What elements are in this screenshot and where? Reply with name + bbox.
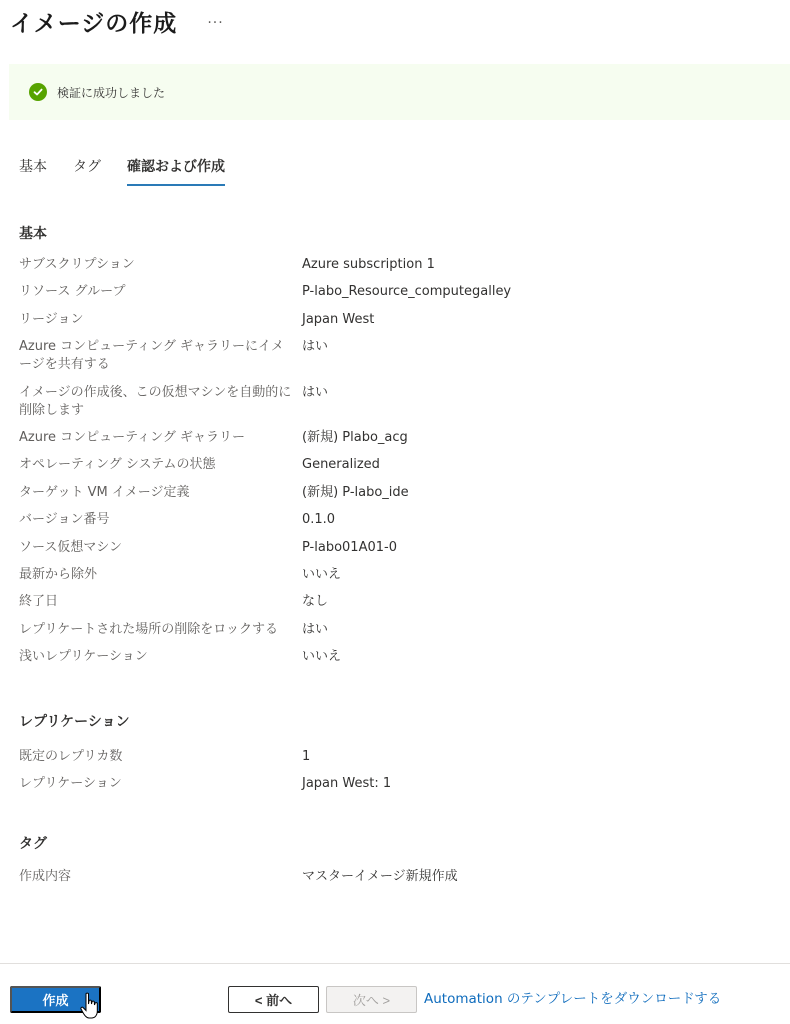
row-label: 終了日: [19, 593, 302, 611]
row-label: リソース グループ: [19, 283, 302, 301]
next-button[interactable]: 次へ >: [326, 986, 417, 1013]
summary-row: リソース グループP-labo_Resource_computegalley: [19, 283, 779, 301]
row-label: 既定のレプリカ数: [19, 748, 302, 766]
summary-row: オペレーティング システムの状態Generalized: [19, 456, 779, 474]
row-value: Japan West: 1: [302, 775, 391, 793]
validation-message: 検証に成功しました: [57, 84, 165, 101]
row-label: Azure コンピューティング ギャラリーにイメージを共有する: [19, 338, 302, 374]
row-value: P-labo_Resource_computegalley: [302, 283, 511, 301]
row-value: いいえ: [302, 566, 341, 584]
row-value: はい: [302, 384, 328, 420]
summary-row: Azure コンピューティング ギャラリー(新規) Plabo_acg: [19, 429, 779, 447]
summary-row: 浅いレプリケーションいいえ: [19, 648, 779, 666]
summary-row: 作成内容マスターイメージ新規作成: [19, 868, 779, 886]
title-row: イメージの作成 ···: [10, 4, 224, 38]
replication-summary: 既定のレプリカ数1 レプリケーションJapan West: 1: [19, 748, 779, 803]
row-label: オペレーティング システムの状態: [19, 456, 302, 474]
summary-row: 最新から除外いいえ: [19, 566, 779, 584]
row-label: イメージの作成後、この仮想マシンを自動的に削除します: [19, 384, 302, 420]
row-label: バージョン番号: [19, 511, 302, 529]
summary-row: Azure コンピューティング ギャラリーにイメージを共有するはい: [19, 338, 779, 374]
row-label: 浅いレプリケーション: [19, 648, 302, 666]
row-label: レプリケーション: [19, 775, 302, 793]
row-value: 0.1.0: [302, 511, 335, 529]
section-title-replication: レプリケーション: [19, 711, 130, 731]
row-value: 1: [302, 748, 310, 766]
summary-row: レプリケートされた場所の削除をロックするはい: [19, 621, 779, 639]
row-label: Azure コンピューティング ギャラリー: [19, 429, 302, 447]
download-template-link[interactable]: Automation のテンプレートをダウンロードする: [424, 987, 721, 1007]
row-value: いいえ: [302, 648, 341, 666]
tab-review-create[interactable]: 確認および作成: [127, 152, 225, 186]
row-label: 作成内容: [19, 868, 302, 886]
row-value: (新規) P-labo_ide: [302, 484, 409, 502]
row-label: ソース仮想マシン: [19, 539, 302, 557]
summary-row: 終了日なし: [19, 593, 779, 611]
row-value: P-labo01A01-0: [302, 539, 397, 557]
row-value: Azure subscription 1: [302, 256, 435, 274]
tab-bar: 基本 タグ 確認および作成: [19, 152, 251, 186]
tab-basic[interactable]: 基本: [19, 152, 47, 186]
check-circle-icon: [29, 83, 47, 101]
row-value: はい: [302, 338, 328, 374]
create-image-page: イメージの作成 ··· 検証に成功しました 基本 タグ 確認および作成 基本 サ…: [0, 0, 790, 1024]
summary-row: リージョンJapan West: [19, 311, 779, 329]
tags-summary: 作成内容マスターイメージ新規作成: [19, 868, 779, 895]
row-value: はい: [302, 621, 328, 639]
summary-row: バージョン番号0.1.0: [19, 511, 779, 529]
summary-row: サブスクリプションAzure subscription 1: [19, 256, 779, 274]
row-label: サブスクリプション: [19, 256, 302, 274]
summary-row: レプリケーションJapan West: 1: [19, 775, 779, 793]
section-title-tags: タグ: [19, 833, 47, 853]
row-value: Japan West: [302, 311, 374, 329]
validation-banner: 検証に成功しました: [9, 64, 790, 120]
previous-button[interactable]: < 前へ: [228, 986, 319, 1013]
page-title: イメージの作成: [10, 5, 177, 38]
summary-row: イメージの作成後、この仮想マシンを自動的に削除しますはい: [19, 384, 779, 420]
footer-divider: [0, 963, 790, 964]
more-options-icon[interactable]: ···: [207, 15, 223, 31]
row-value: (新規) Plabo_acg: [302, 429, 408, 447]
summary-row: 既定のレプリカ数1: [19, 748, 779, 766]
basic-summary: サブスクリプションAzure subscription 1 リソース グループP…: [19, 256, 779, 675]
tab-tags[interactable]: タグ: [73, 152, 101, 186]
row-value: なし: [302, 593, 328, 611]
row-value: Generalized: [302, 456, 380, 474]
row-label: 最新から除外: [19, 566, 302, 584]
row-label: リージョン: [19, 311, 302, 329]
hand-cursor-icon: [80, 992, 102, 1022]
row-label: レプリケートされた場所の削除をロックする: [19, 621, 302, 639]
row-value: マスターイメージ新規作成: [302, 868, 458, 886]
summary-row: ターゲット VM イメージ定義(新規) P-labo_ide: [19, 484, 779, 502]
section-title-basic: 基本: [19, 223, 47, 243]
summary-row: ソース仮想マシンP-labo01A01-0: [19, 539, 779, 557]
row-label: ターゲット VM イメージ定義: [19, 484, 302, 502]
